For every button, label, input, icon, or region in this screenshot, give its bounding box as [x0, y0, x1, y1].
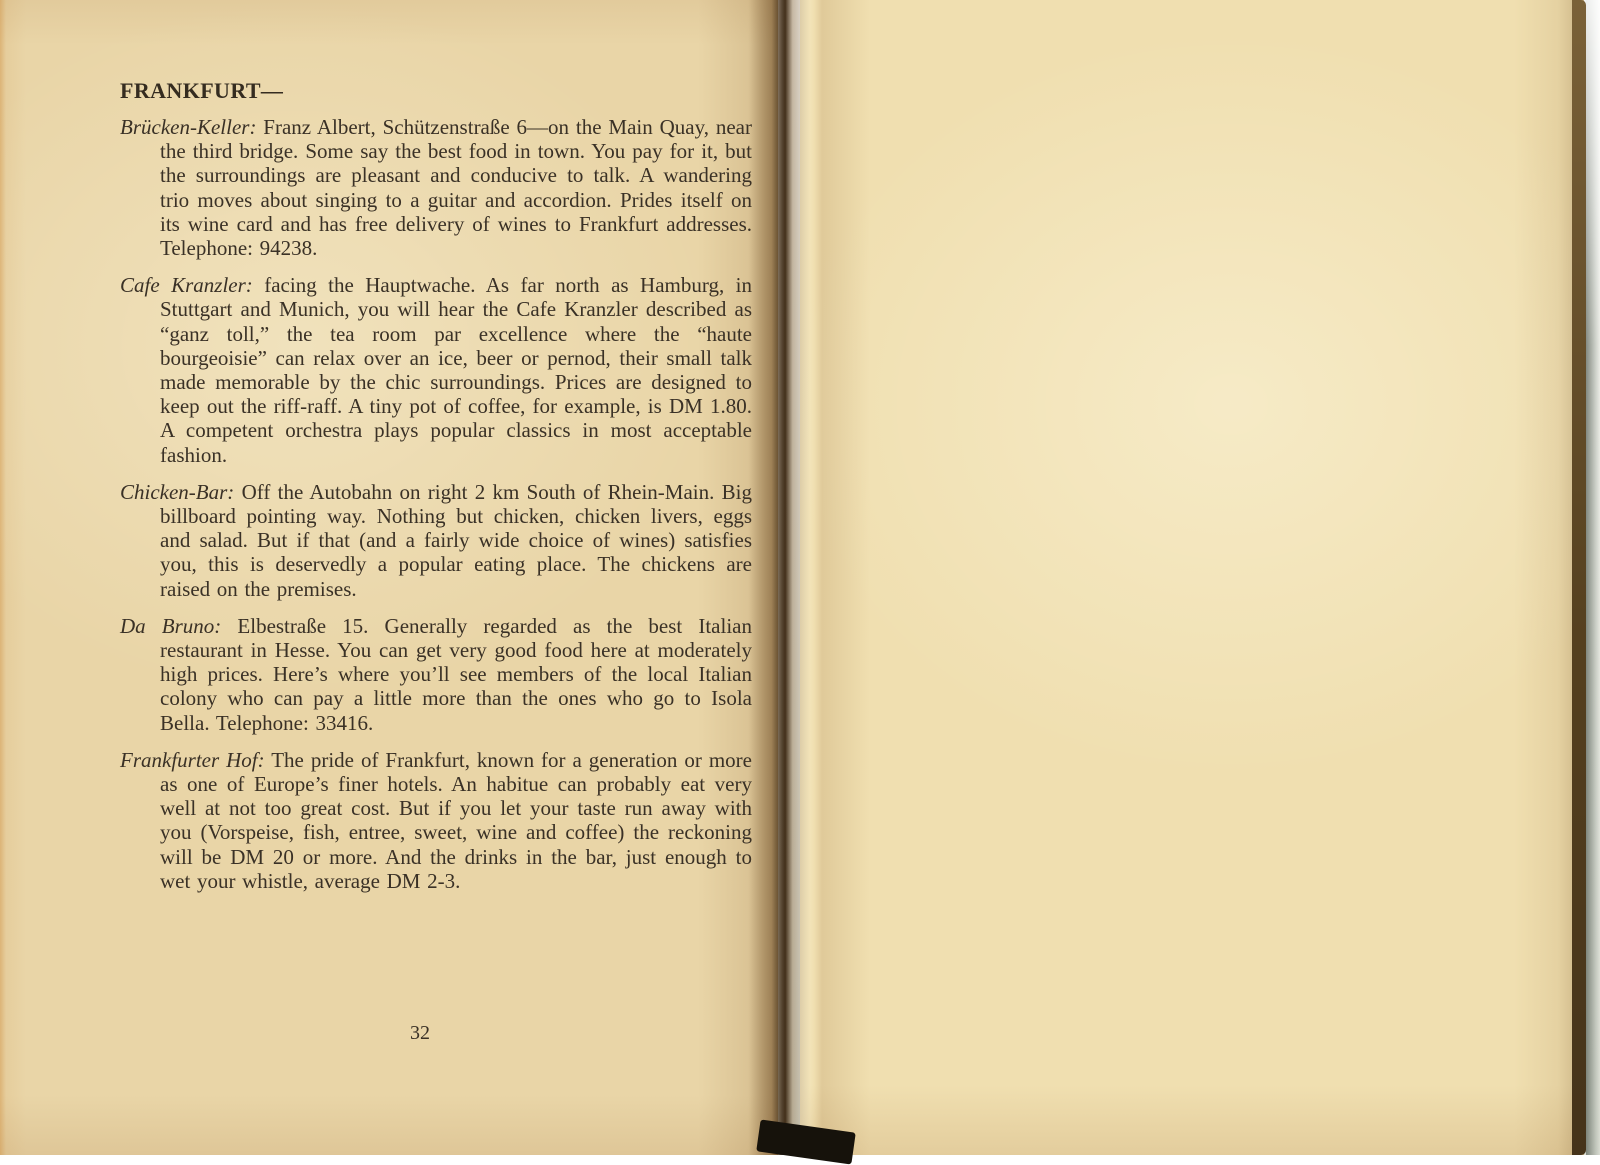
- page-number-left: 32: [120, 1022, 720, 1045]
- page-left: FRANKFURT— Brücken-Keller: Franz Albert,…: [0, 0, 778, 1155]
- page-left-textblock: FRANKFURT— Brücken-Keller: Franz Albert,…: [120, 78, 752, 906]
- restaurant-entry-da-bruno: Da Bruno: Elbestraße 15. Generally regar…: [160, 614, 752, 735]
- restaurant-name: Cafe Kranzler:: [120, 273, 253, 297]
- book-scan: FRANKFURT— Brücken-Keller: Franz Albert,…: [0, 0, 1584, 1155]
- restaurant-entry-bruecken-keller: Brücken-Keller: Franz Albert, Schützenst…: [160, 115, 752, 260]
- restaurant-description: Off the Autobahn on right 2 km South of …: [160, 480, 752, 601]
- restaurant-name: Frankfurter Hof:: [120, 748, 265, 772]
- restaurant-description: Elbestraße 15. Generally regarded as the…: [160, 614, 752, 735]
- restaurant-name: Brücken-Keller:: [120, 115, 256, 139]
- book-edge-right: [1572, 0, 1586, 1155]
- restaurant-entry-chicken-bar: Chicken-Bar: Off the Autobahn on right 2…: [160, 480, 752, 601]
- restaurant-name: Da Bruno:: [120, 614, 221, 638]
- restaurant-name: Chicken-Bar:: [120, 480, 234, 504]
- page-right: Gaststaette Zott: Out Adickes-Allee on r…: [800, 0, 1584, 1155]
- restaurant-entry-frankfurter-hof: Frankfurter Hof: The pride of Frankfurt,…: [160, 748, 752, 893]
- restaurant-entry-cafe-kranzler: Cafe Kranzler: facing the Hauptwache. As…: [160, 273, 752, 467]
- restaurant-description: facing the Hauptwache. As far north as H…: [160, 273, 752, 466]
- book-outer-shadow: [1586, 0, 1600, 1155]
- scan-background: FRANKFURT— Brücken-Keller: Franz Albert,…: [0, 0, 1600, 1155]
- section-heading: FRANKFURT—: [120, 78, 752, 104]
- book-gutter-shadow: [748, 0, 810, 1155]
